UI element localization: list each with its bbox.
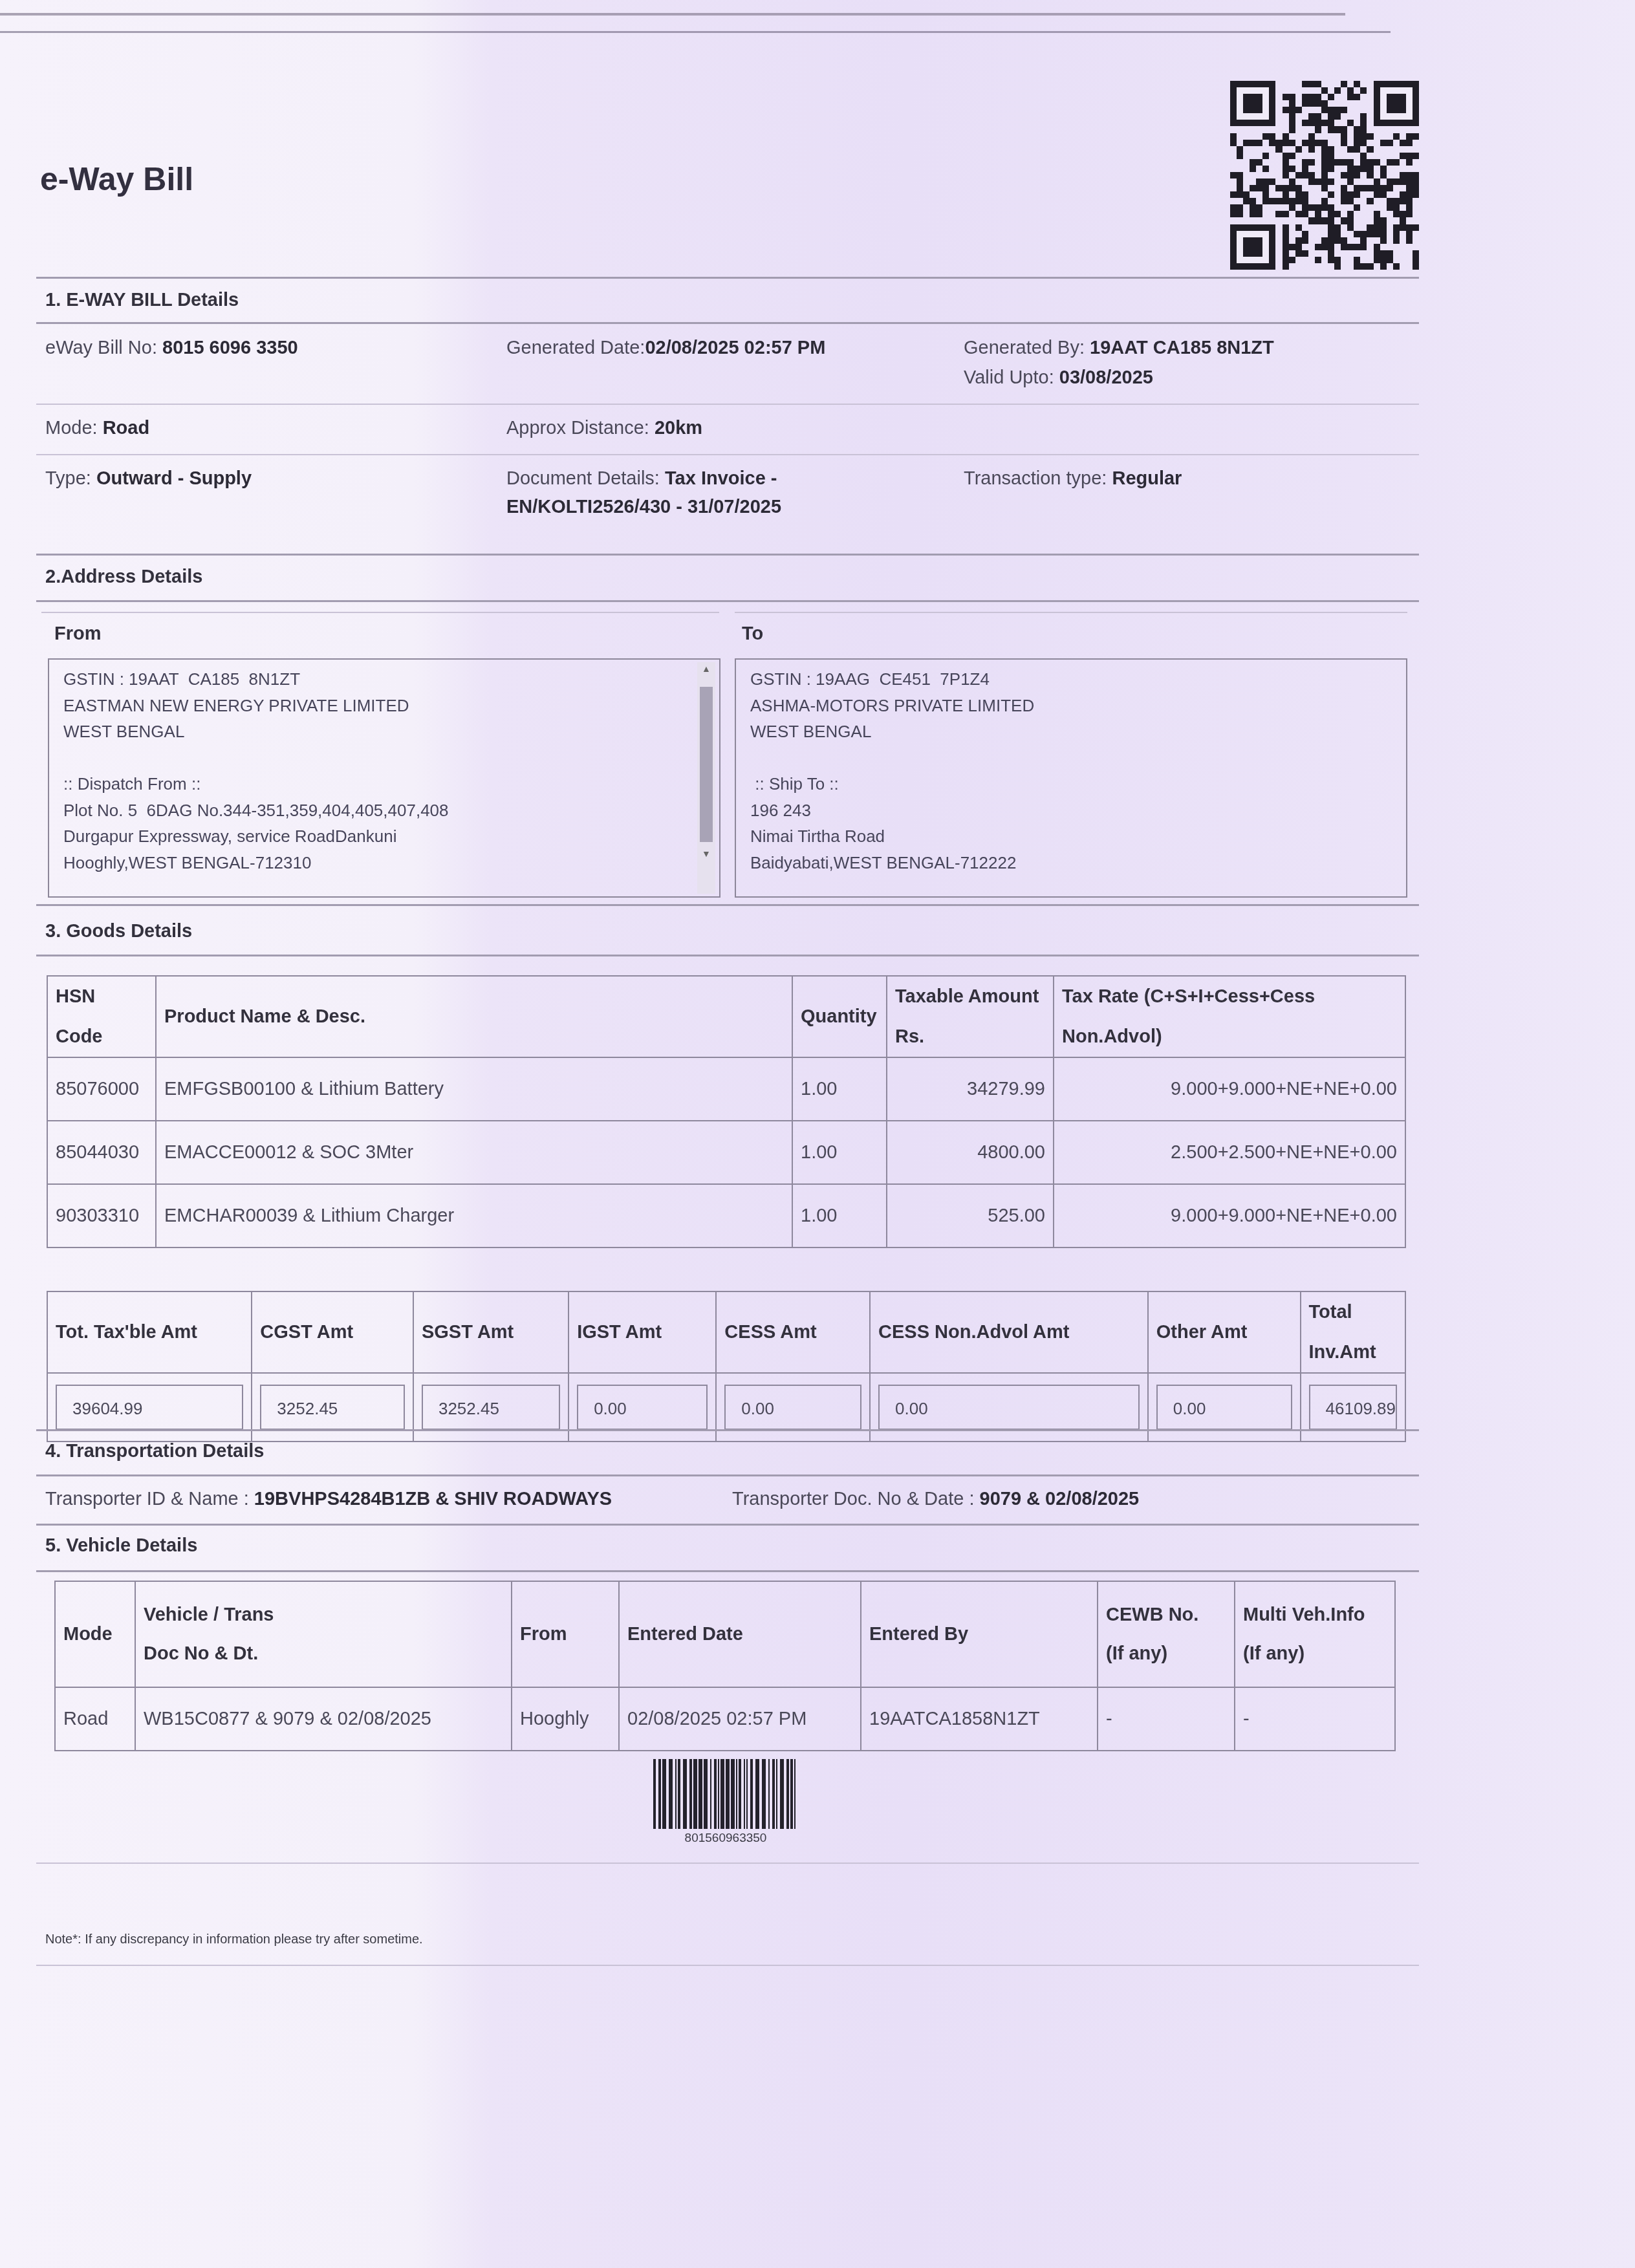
eway-bill-no-value: 8015 6096 3350: [162, 338, 298, 358]
distance-value: 20km: [655, 418, 702, 438]
scroll-up-icon[interactable]: ▲: [697, 664, 715, 674]
transporter-doc-label: Transporter Doc. No & Date :: [732, 1489, 980, 1509]
to-line: ASHMA-MOTORS PRIVATE LIMITED: [750, 693, 1392, 719]
from-line: EASTMAN NEW ENERGY PRIVATE LIMITED: [63, 693, 705, 719]
divider: [36, 1863, 1419, 1864]
header-cewb: CEWB No.(If any): [1098, 1581, 1235, 1687]
vehicle-row: Road WB15C0877 & 9079 & 02/08/2025 Hoogh…: [55, 1687, 1395, 1751]
header-taxable: Taxable AmountRs.: [887, 976, 1054, 1057]
valid-upto-value: 03/08/2025: [1059, 367, 1153, 388]
vehicle-entered-by: 19AATCA1858N1ZT: [861, 1687, 1098, 1751]
quantity-cell: 1.00: [792, 1057, 887, 1121]
eway-bill-no-label: eWay Bill No:: [45, 338, 162, 358]
totals-cell: 39604.99: [47, 1373, 252, 1442]
divider: [36, 1570, 1419, 1572]
vehicle-mode: Road: [55, 1687, 135, 1751]
divider: [36, 454, 1419, 455]
transporter-value: 19BVHPS4284B1ZB & SHIV ROADWAYS: [254, 1489, 612, 1509]
tax-rate-cell: 9.000+9.000+NE+NE+0.00: [1054, 1184, 1405, 1247]
totals-value-field: 0.00: [724, 1385, 861, 1430]
totals-header: Other Amt: [1148, 1291, 1301, 1373]
header-tax-rate: Tax Rate (C+S+I+Cess+CessNon.Advol): [1054, 976, 1405, 1057]
divider: [36, 955, 1419, 956]
divider: [36, 404, 1419, 405]
to-label: To: [742, 623, 763, 645]
totals-cell: 0.00: [1148, 1373, 1301, 1442]
transporter-doc-field: Transporter Doc. No & Date : 9079 & 02/0…: [732, 1485, 1139, 1513]
to-line: Baidyabati,WEST BENGAL-712222: [750, 850, 1392, 876]
divider: [36, 322, 1419, 324]
header-entered-date: Entered Date: [619, 1581, 861, 1687]
totals-header: CESS Non.Advol Amt: [870, 1291, 1148, 1373]
divider: [36, 554, 1419, 556]
hsn-cell: 85076000: [47, 1057, 156, 1121]
transaction-label: Transaction type:: [964, 468, 1112, 489]
divider: [36, 1524, 1419, 1526]
generated-date-label: Generated Date:: [506, 338, 645, 358]
totals-cell: 0.00: [716, 1373, 870, 1442]
goods-row: 85044030EMACCE00012 & SOC 3Mter1.004800.…: [47, 1121, 1405, 1184]
barcode-icon: [653, 1759, 798, 1829]
from-address-scrollbar[interactable]: ▲ ▼: [697, 662, 715, 894]
to-line: :: Ship To ::: [750, 771, 1392, 797]
qr-code-icon: [1230, 79, 1419, 272]
divider: [36, 1965, 1419, 1966]
totals-cell: 46109.89: [1301, 1373, 1405, 1442]
type-value: Outward - Supply: [96, 468, 252, 489]
scroll-down-icon[interactable]: ▼: [697, 848, 715, 859]
header-hsn: HSNCode: [47, 976, 156, 1057]
totals-header: CGST Amt: [252, 1291, 413, 1373]
paper-edge: [0, 31, 1391, 33]
vehicle-from: Hooghly: [512, 1687, 619, 1751]
from-line: Plot No. 5 6DAG No.344-351,359,404,405,4…: [63, 797, 705, 824]
mode-field: Mode: Road: [45, 414, 149, 442]
totals-value-field: 0.00: [1156, 1385, 1292, 1430]
product-cell: EMCHAR00039 & Lithium Charger: [156, 1184, 792, 1247]
totals-cell: 3252.45: [413, 1373, 568, 1442]
mode-value: Road: [103, 418, 150, 438]
distance-label: Approx Distance:: [506, 418, 655, 438]
vehicle-cewb: -: [1098, 1687, 1235, 1751]
paper-edge: [0, 13, 1345, 16]
from-line: Durgapur Expressway, service RoadDankuni: [63, 823, 705, 850]
totals-value-field: 39604.99: [56, 1385, 243, 1430]
totals-table: Tot. Tax'ble AmtCGST AmtSGST AmtIGST Amt…: [47, 1291, 1406, 1442]
header-multi-veh: Multi Veh.Info(If any): [1235, 1581, 1395, 1687]
type-label: Type:: [45, 468, 96, 489]
hsn-cell: 85044030: [47, 1121, 156, 1184]
page-title: e-Way Bill: [40, 160, 193, 198]
transporter-doc-value: 9079 & 02/08/2025: [980, 1489, 1140, 1509]
from-line: :: Dispatch From ::: [63, 771, 705, 797]
distance-field: Approx Distance: 20km: [506, 414, 702, 442]
generated-by-value: 19AAT CA185 8N1ZT: [1090, 338, 1274, 358]
transporter-label: Transporter ID & Name :: [45, 1489, 254, 1509]
header-product: Product Name & Desc.: [156, 976, 792, 1057]
taxable-cell: 525.00: [887, 1184, 1054, 1247]
to-line: GSTIN : 19AAG CE451 7P1Z4: [750, 666, 1392, 693]
transaction-type-field: Transaction type: Regular: [964, 464, 1182, 493]
section-title-goods: 3. Goods Details: [45, 921, 192, 942]
totals-value-field: 46109.89: [1309, 1385, 1397, 1430]
mode-label: Mode:: [45, 418, 103, 438]
from-address-box[interactable]: GSTIN : 19AAT CA185 8N1ZTEASTMAN NEW ENE…: [48, 658, 720, 898]
from-line: Hooghly,WEST BENGAL-712310: [63, 850, 705, 876]
section-title-address: 2.Address Details: [45, 567, 202, 588]
document-value-line1: Tax Invoice -: [665, 468, 777, 489]
document-details-field: Document Details: Tax Invoice -EN/KOLTI2…: [506, 464, 781, 521]
transporter-field: Transporter ID & Name : 19BVHPS4284B1ZB …: [45, 1485, 612, 1513]
from-line: [63, 745, 705, 772]
divider: [41, 612, 719, 613]
divider: [36, 600, 1419, 602]
type-field: Type: Outward - Supply: [45, 464, 252, 493]
goods-row: 85076000EMFGSB00100 & Lithium Battery1.0…: [47, 1057, 1405, 1121]
valid-upto-field: Valid Upto: 03/08/2025: [964, 363, 1153, 392]
header-from: From: [512, 1581, 619, 1687]
divider: [735, 612, 1407, 613]
divider: [36, 904, 1419, 906]
header-entered-by: Entered By: [861, 1581, 1098, 1687]
vehicle-entered-date: 02/08/2025 02:57 PM: [619, 1687, 861, 1751]
product-cell: EMFGSB00100 & Lithium Battery: [156, 1057, 792, 1121]
header-vehicle: Vehicle / TransDoc No & Dt.: [135, 1581, 512, 1687]
document-label: Document Details:: [506, 468, 665, 489]
totals-value-field: 3252.45: [260, 1385, 405, 1430]
vehicle-doc: WB15C0877 & 9079 & 02/08/2025: [135, 1687, 512, 1751]
vehicle-table: Mode Vehicle / TransDoc No & Dt. From En…: [54, 1581, 1396, 1751]
eway-bill-no-field: eWay Bill No: 8015 6096 3350: [45, 334, 298, 362]
product-cell: EMACCE00012 & SOC 3Mter: [156, 1121, 792, 1184]
from-line: WEST BENGAL: [63, 718, 705, 745]
totals-value-field: 0.00: [878, 1385, 1140, 1430]
totals-header: Total Inv.Amt: [1301, 1291, 1405, 1373]
scrollbar-thumb[interactable]: [700, 687, 713, 842]
goods-row: 90303310EMCHAR00039 & Lithium Charger1.0…: [47, 1184, 1405, 1247]
divider: [36, 277, 1419, 279]
section-title-eway-details: 1. E-WAY BILL Details: [45, 290, 239, 311]
header-mode: Mode: [55, 1581, 135, 1687]
totals-header: CESS Amt: [716, 1291, 870, 1373]
to-line: Nimai Tirtha Road: [750, 823, 1392, 850]
goods-table-header: HSNCode Product Name & Desc. Quantity Ta…: [47, 976, 1405, 1057]
section-title-transportation: 4. Transportation Details: [45, 1441, 264, 1462]
tax-rate-cell: 2.500+2.500+NE+NE+0.00: [1054, 1121, 1405, 1184]
totals-header: Tot. Tax'ble Amt: [47, 1291, 252, 1373]
from-line: GSTIN : 19AAT CA185 8N1ZT: [63, 666, 705, 693]
totals-value-field: 0.00: [577, 1385, 708, 1430]
generated-date-value: 02/08/2025 02:57 PM: [645, 338, 825, 358]
to-line: WEST BENGAL: [750, 718, 1392, 745]
document-value-line2: EN/KOLTI2526/430 - 31/07/2025: [506, 497, 781, 517]
taxable-cell: 34279.99: [887, 1057, 1054, 1121]
vehicle-multi: -: [1235, 1687, 1395, 1751]
to-address-box[interactable]: GSTIN : 19AAG CE451 7P1Z4ASHMA-MOTORS PR…: [735, 658, 1407, 898]
header-quantity: Quantity: [792, 976, 887, 1057]
divider: [36, 1474, 1419, 1476]
hsn-cell: 90303310: [47, 1184, 156, 1247]
totals-header: IGST Amt: [568, 1291, 716, 1373]
totals-value-row: 39604.993252.453252.450.000.000.000.0046…: [47, 1373, 1405, 1442]
barcode-number: 801560963350: [653, 1831, 798, 1846]
totals-header: SGST Amt: [413, 1291, 568, 1373]
transaction-value: Regular: [1112, 468, 1182, 489]
to-address-lines: GSTIN : 19AAG CE451 7P1Z4ASHMA-MOTORS PR…: [750, 666, 1392, 876]
section-title-vehicle: 5. Vehicle Details: [45, 1535, 197, 1557]
footer-note: Note*: If any discrepancy in information…: [45, 1932, 423, 1947]
goods-table: HSNCode Product Name & Desc. Quantity Ta…: [47, 975, 1406, 1248]
generated-by-label: Generated By:: [964, 338, 1090, 358]
taxable-cell: 4800.00: [887, 1121, 1054, 1184]
generated-date-field: Generated Date:02/08/2025 02:57 PM: [506, 334, 825, 362]
divider: [36, 1429, 1419, 1431]
from-address-lines: GSTIN : 19AAT CA185 8N1ZTEASTMAN NEW ENE…: [63, 666, 705, 876]
quantity-cell: 1.00: [792, 1184, 887, 1247]
tax-rate-cell: 9.000+9.000+NE+NE+0.00: [1054, 1057, 1405, 1121]
vehicle-table-header: Mode Vehicle / TransDoc No & Dt. From En…: [55, 1581, 1395, 1687]
to-line: 196 243: [750, 797, 1392, 824]
totals-cell: 3252.45: [252, 1373, 413, 1442]
quantity-cell: 1.00: [792, 1121, 887, 1184]
generated-by-field: Generated By: 19AAT CA185 8N1ZT: [964, 334, 1274, 362]
valid-upto-label: Valid Upto:: [964, 367, 1059, 388]
to-line: [750, 745, 1392, 772]
totals-header-row: Tot. Tax'ble AmtCGST AmtSGST AmtIGST Amt…: [47, 1291, 1405, 1373]
totals-cell: 0.00: [870, 1373, 1148, 1442]
from-label: From: [54, 623, 102, 645]
totals-cell: 0.00: [568, 1373, 716, 1442]
totals-value-field: 3252.45: [422, 1385, 560, 1430]
